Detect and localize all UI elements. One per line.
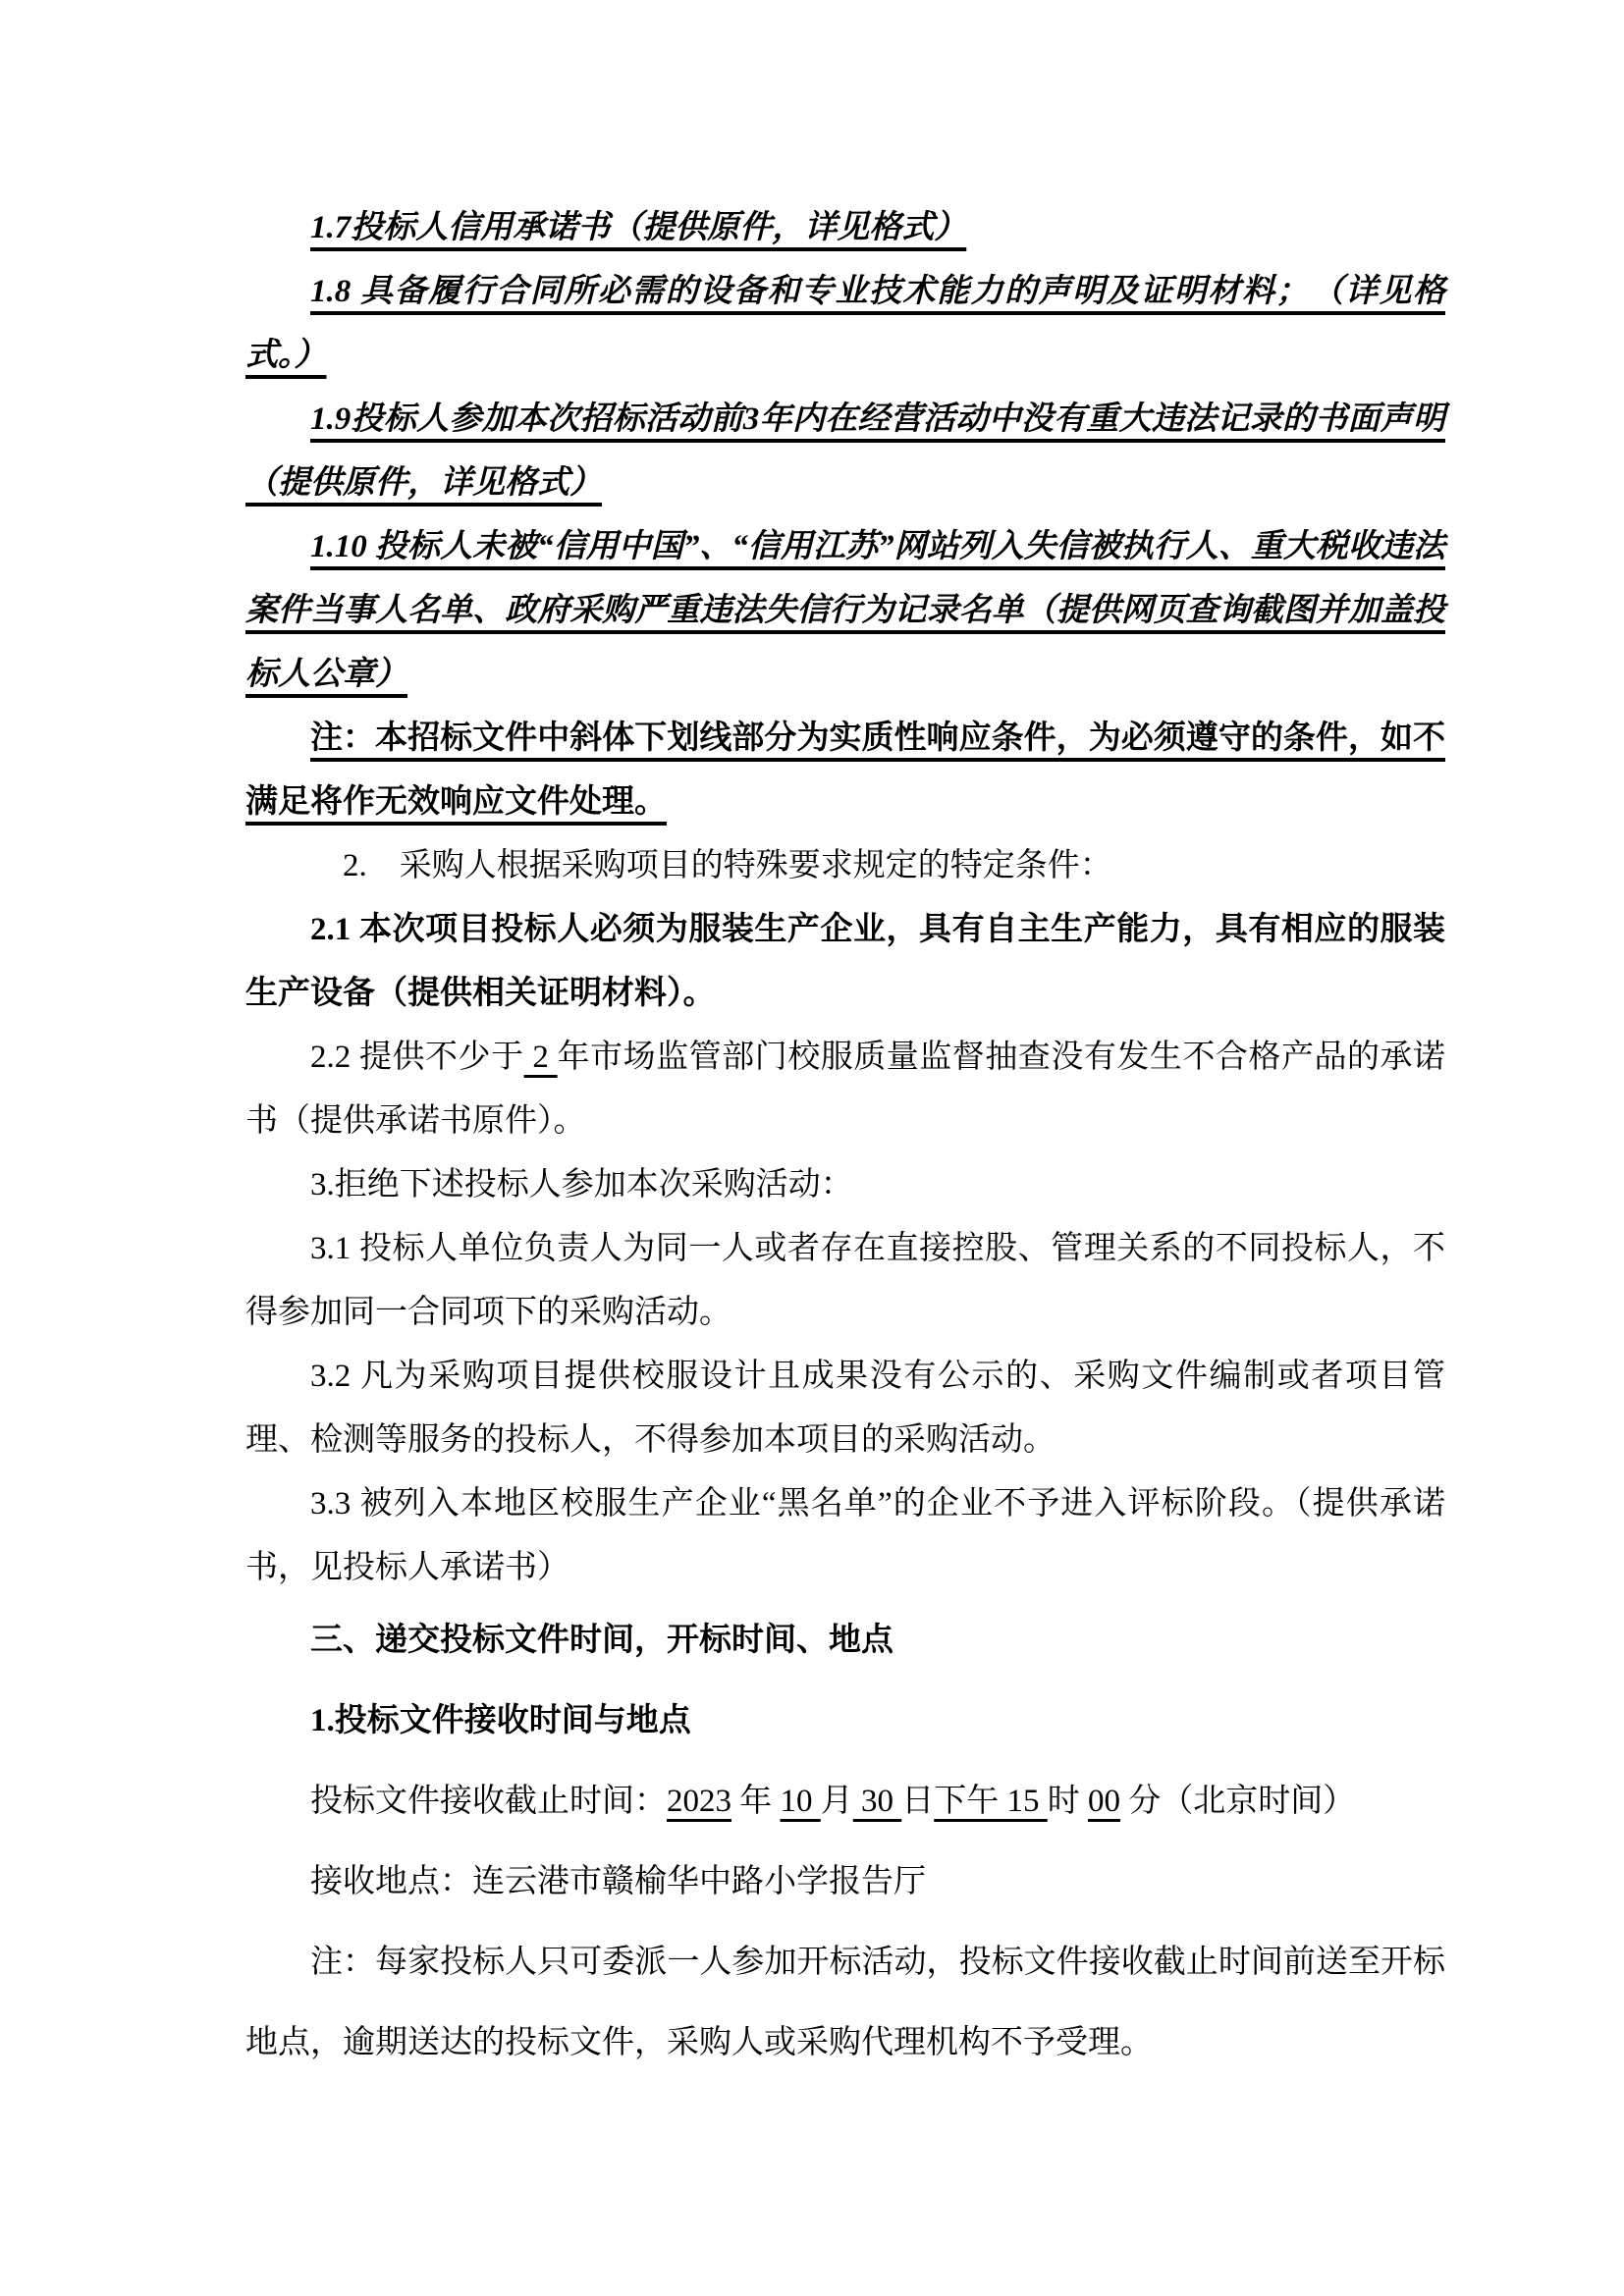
deadline-year-unit: 年 <box>731 1784 781 1819</box>
clause-2: 2. 采购人根据采购项目的特殊要求规定的特定条件： <box>245 834 1445 898</box>
clause-1-7: 1.7投标人信用承诺书（提供原件，详见格式） <box>245 196 1445 260</box>
deadline-month-value: 10 <box>781 1784 821 1819</box>
deadline-day-value: 30 <box>853 1784 902 1819</box>
deadline-hour-value: 下午 15 <box>934 1784 1048 1819</box>
clause-1-8: 1.8 具备履行合同所必需的设备和专业技术能力的声明及证明材料； （详见格式。） <box>245 260 1445 388</box>
note-substantive-conditions: 注：本招标文件中斜体下划线部分为实质性响应条件，为必须遵守的条件，如不满足将作无… <box>245 707 1445 834</box>
heading-section-3: 三、递交投标文件时间，开标时间、地点 <box>245 1600 1445 1681</box>
deadline-day-unit: 日 <box>901 1784 934 1819</box>
deadline-hour-unit: 时 <box>1048 1784 1088 1819</box>
note-delivery: 注：每家投标人只可委派一人参加开标活动，投标文件接收截止时间前送至开标地点，逾期… <box>245 1922 1445 2083</box>
clause-3: 3.拒绝下述投标人参加本次采购活动： <box>245 1153 1445 1217</box>
clause-1-9: 1.9投标人参加本次招标活动前3年内在经营活动中没有重大违法记录的书面声明（提供… <box>245 388 1445 515</box>
deadline-label: 投标文件接收截止时间： <box>310 1784 667 1819</box>
clause-2-2-pre: 2.2 提供不少于 <box>310 1040 524 1075</box>
clause-3-3: 3.3 被列入本地区校服生产企业“黑名单”的企业不予进入评标阶段。（提供承诺书，… <box>245 1472 1445 1600</box>
document-page: 1.7投标人信用承诺书（提供原件，详见格式） 1.8 具备履行合同所必需的设备和… <box>0 0 1624 2296</box>
deadline-year-value: 2023 <box>667 1784 731 1819</box>
clause-2-1: 2.1 本次项目投标人必须为服装生产企业，具有自主生产能力，具有相应的服装生产设… <box>245 898 1445 1026</box>
deadline-month-unit: 月 <box>821 1784 853 1819</box>
deadline-line: 投标文件接收截止时间：2023 年 10 月 30 日下午 15 时 00 分（… <box>245 1761 1445 1842</box>
deadline-suffix: 分（北京时间） <box>1120 1784 1355 1819</box>
deadline-minute-value: 00 <box>1088 1784 1120 1819</box>
clause-2-2: 2.2 提供不少于 2 年市场监管部门校服质量监督抽查没有发生不合格产品的承诺书… <box>245 1026 1445 1153</box>
clause-3-1: 3.1 投标人单位负责人为同一人或者存在直接控股、管理关系的不同投标人，不得参加… <box>245 1217 1445 1345</box>
heading-receive-time-place: 1.投标文件接收时间与地点 <box>245 1681 1445 1761</box>
document-body: 1.7投标人信用承诺书（提供原件，详见格式） 1.8 具备履行合同所必需的设备和… <box>245 196 1445 2083</box>
clause-3-2: 3.2 凡为采购项目提供校服设计且成果没有公示的、采购文件编制或者项目管理、检测… <box>245 1345 1445 1472</box>
clause-1-10: 1.10 投标人未被“信用中国”、“信用江苏”网站列入失信被执行人、重大税收违法… <box>245 515 1445 707</box>
receive-location-line: 接收地点：连云港市赣榆华中路小学报告厅 <box>245 1842 1445 1922</box>
clause-2-2-years-blank: 2 <box>524 1040 558 1075</box>
